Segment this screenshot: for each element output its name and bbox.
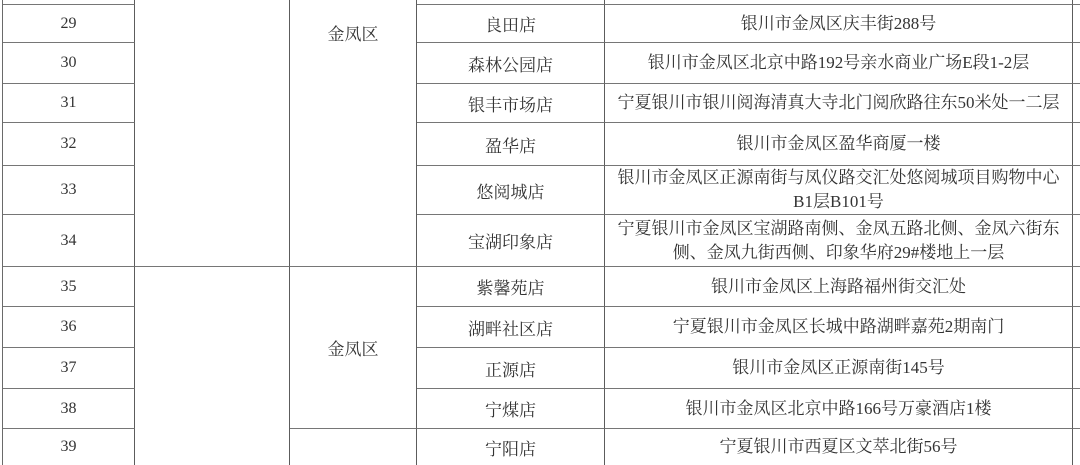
- row-number-cell: 39: [3, 429, 135, 465]
- address-cell: 宁夏银川市西夏区文萃北街56号: [605, 429, 1073, 465]
- store-name-cell: 紫馨苑店: [417, 267, 605, 307]
- store-name-cell: 宁煤店: [417, 389, 605, 429]
- city-merged-cell: [135, 267, 290, 465]
- row-number-cell: 31: [3, 84, 135, 123]
- row-number-cell: 37: [3, 348, 135, 389]
- store-name-cell: 正源店: [417, 348, 605, 389]
- clipped-column-sliver: [1073, 84, 1080, 123]
- address-cell: 银川市金凤区北京中路166号万豪酒店1楼: [605, 389, 1073, 429]
- row-number-cell: 33: [3, 166, 135, 215]
- row-number-cell: 30: [3, 43, 135, 84]
- clipped-column-sliver: [1073, 43, 1080, 84]
- district-cell: [290, 429, 417, 465]
- store-name-cell: 森林公园店: [417, 43, 605, 84]
- address-cell: 银川市金凤区盈华商厦一楼: [605, 123, 1073, 166]
- address-cell: 银川市金凤区北京中路192号亲水商业广场E段1-2层: [605, 43, 1073, 84]
- clipped-column-sliver: [1073, 123, 1080, 166]
- city-merged-cell: [135, 0, 290, 267]
- address-cell: 宁夏银川市金凤区宝湖路南侧、金凤五路北侧、金凤六街东 侧、金凤九街西侧、印象华府…: [605, 215, 1073, 267]
- clipped-column-sliver: [1073, 429, 1080, 465]
- store-name-cell: 银丰市场店: [417, 84, 605, 123]
- row-number-cell: 38: [3, 389, 135, 429]
- clipped-column-sliver: [1073, 5, 1080, 43]
- district-cell: 金凤区: [290, 0, 417, 267]
- district-cell: 金凤区: [290, 267, 417, 429]
- row-number-cell: 35: [3, 267, 135, 307]
- address-cell: 宁夏银川市银川阅海清真大寺北门阅欣路往东50米处一二层: [605, 84, 1073, 123]
- clipped-column-sliver: [1073, 267, 1080, 307]
- row-number-cell: 34: [3, 215, 135, 267]
- store-name-cell: 宝湖印象店: [417, 215, 605, 267]
- store-name-cell: 悠阅城店: [417, 166, 605, 215]
- clipped-column-sliver: [1073, 166, 1080, 215]
- store-name-cell: 盈华店: [417, 123, 605, 166]
- clipped-column-sliver: [1073, 307, 1080, 348]
- address-cell: 银川市金凤区正源南街与凤仪路交汇处悠阅城项目购物中心 B1层B101号: [605, 166, 1073, 215]
- row-number-cell: 29: [3, 5, 135, 43]
- store-name-cell: 良田店: [417, 5, 605, 43]
- clipped-column-sliver: [1073, 215, 1080, 267]
- address-cell: 宁夏银川市金凤区长城中路湖畔嘉苑2期南门: [605, 307, 1073, 348]
- store-table: 29 30 31 32 33 34 35 36 37 38 39 金凤区 金凤区…: [2, 0, 1080, 465]
- address-cell: 银川市金凤区正源南街145号: [605, 348, 1073, 389]
- store-name-cell: 宁阳店: [417, 429, 605, 465]
- clipped-column-sliver: [1073, 389, 1080, 429]
- store-name-cell: 湖畔社区店: [417, 307, 605, 348]
- row-number-cell: 32: [3, 123, 135, 166]
- clipped-column-sliver: [1073, 348, 1080, 389]
- address-cell: 银川市金凤区上海路福州街交汇处: [605, 267, 1073, 307]
- row-number-cell: 36: [3, 307, 135, 348]
- address-cell: 银川市金凤区庆丰街288号: [605, 5, 1073, 43]
